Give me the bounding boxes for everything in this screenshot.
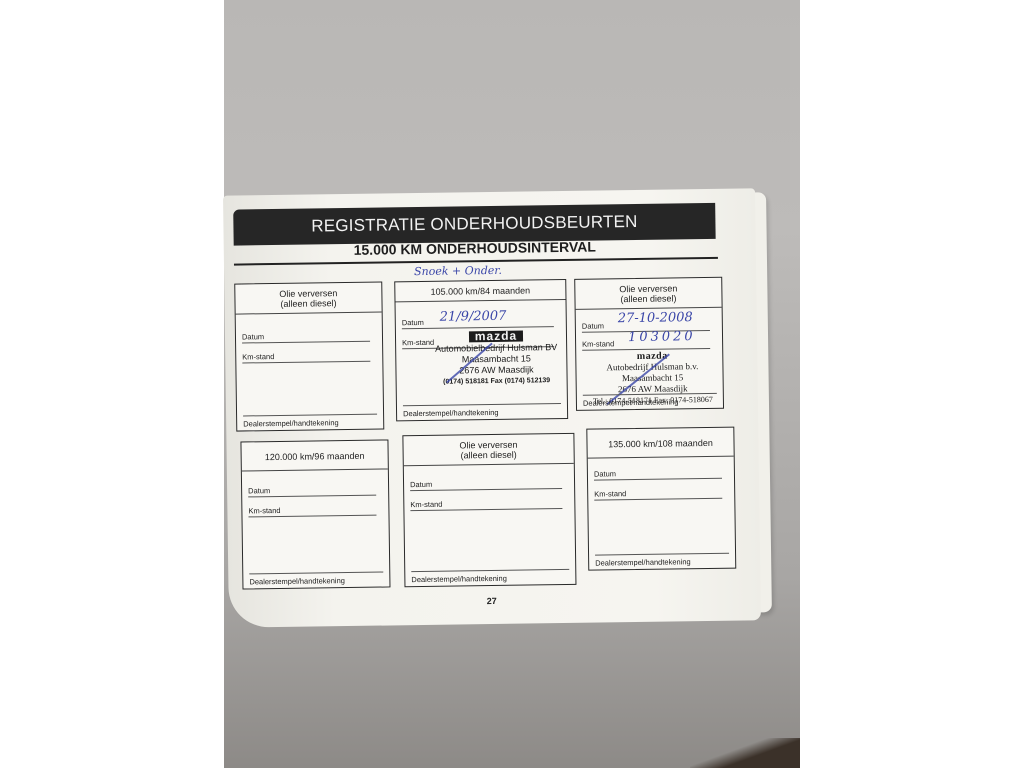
table-corner [690, 738, 800, 768]
service-box-oil-2: Olie verversen (alleen diesel) Datum 27-… [574, 277, 724, 411]
km-stand-field: Km-stand [242, 351, 370, 364]
datum-field: Datum [594, 468, 722, 481]
dealer-stamp-field: Dealerstempel/handtekening [595, 553, 729, 568]
km-stand-field: Km-stand [410, 498, 562, 511]
box-header: Olie verversen (alleen diesel) [575, 278, 721, 310]
datum-handwritten-value: 21/9/2007 [440, 309, 507, 325]
service-box-135000: 135.000 km/108 maanden Datum Km-stand De… [586, 427, 736, 571]
page-number: 27 [487, 596, 497, 606]
box-header: Olie verversen (alleen diesel) [235, 283, 381, 315]
datum-field: Datum [248, 485, 376, 498]
box-header: 105.000 km/84 maanden [395, 280, 565, 302]
box-header: 120.000 km/96 maanden [241, 440, 387, 471]
dealer-stamp-field: Dealerstempel/handtekening [249, 572, 383, 587]
dealer-stamp-field: Dealerstempel/handtekening [403, 403, 561, 418]
handwritten-note: Snoek + Onder. [414, 264, 502, 278]
km-stand-field: Km-stand [594, 488, 722, 501]
service-box-oil-3: Olie verversen (alleen diesel) Datum Km-… [402, 433, 576, 587]
km-stand-field: Km-stand [248, 505, 376, 518]
dealer-stamp-field: Dealerstempel/handtekening [583, 393, 717, 408]
datum-field: Datum [242, 331, 370, 344]
booklet-page: REGISTRATIE ONDERHOUDSBEURTEN 15.000 KM … [223, 188, 761, 627]
dealer-stamp-field: Dealerstempel/handtekening [411, 569, 569, 584]
km-stand-handwritten-value: 103020 [628, 329, 696, 345]
mazda-logo: mazda [469, 331, 524, 343]
datum-field: Datum [410, 478, 562, 491]
service-box-oil-1: Olie verversen (alleen diesel) Datum Km-… [234, 282, 384, 432]
datum-handwritten-value: 27-10-2008 [618, 310, 693, 326]
service-box-105000: 105.000 km/84 maanden Datum 21/9/2007 Km… [394, 279, 568, 421]
box-header: Olie verversen (alleen diesel) [403, 434, 573, 466]
service-box-120000: 120.000 km/96 maanden Datum Km-stand Dea… [240, 439, 390, 589]
dealer-stamp-field: Dealerstempel/handtekening [243, 414, 377, 429]
box-header: 135.000 km/108 maanden [587, 428, 733, 459]
